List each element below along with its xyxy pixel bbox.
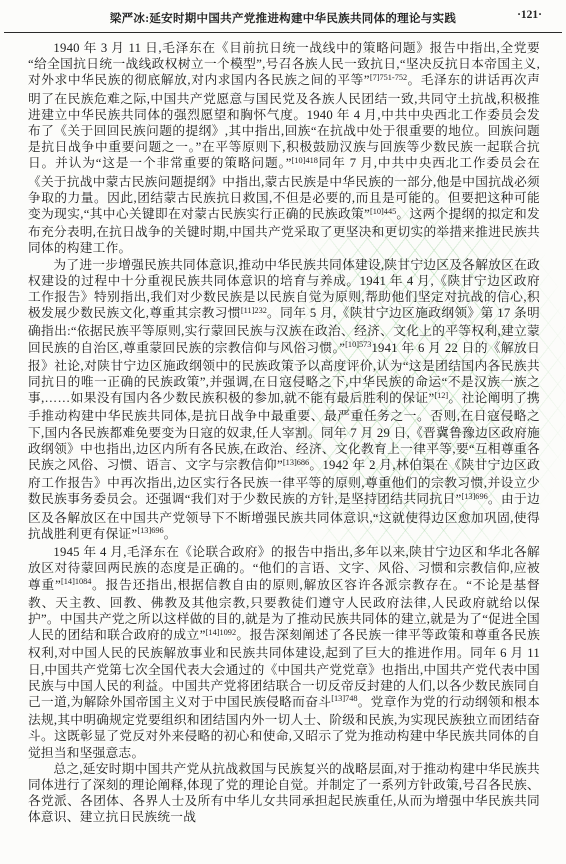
paragraph-text: 总之,延安时期中国共产党从抗战救国与民族复兴的战略层面,对于推动构建中华民族共同… xyxy=(28,762,540,825)
citation-ref: [13]748 xyxy=(331,694,357,703)
running-title: 梁严冰:延安时期中国共产党推进构建中华民族共同体的理论与实践 xyxy=(110,13,456,25)
citation-ref: [14]1092 xyxy=(206,628,236,637)
paragraph: 1945 年 4 月,毛泽东在《论联合政府》的报告中指出,多年以来,陕甘宁边区和… xyxy=(28,544,540,761)
citation-ref: [12] xyxy=(434,391,448,400)
citation-ref: [14]1084 xyxy=(61,577,91,586)
citation-ref: [13]686 xyxy=(283,458,309,467)
paragraph: 总之,延安时期中国共产党从抗战救国与民族复兴的战略层面,对于推动构建中华民族共同… xyxy=(28,761,540,826)
journal-page: 梁严冰:延安时期中国共产党推进构建中华民族共同体的理论与实践 ·121· 194… xyxy=(0,0,566,864)
citation-ref: [10]573 xyxy=(345,340,371,349)
paragraph: 为了进一步增强民族共同体意识,推动中华民族共同体建设,陕甘宁边区及各解放区在政权… xyxy=(28,257,540,544)
citation-ref: [7]751-752 xyxy=(370,73,407,82)
paragraph: 1940 年 3 月 11 日,毛泽东在《目前抗日统一战线中的策略问题》报告中指… xyxy=(28,40,540,257)
page-number: ·121· xyxy=(517,9,542,21)
citation-ref: [13]696 xyxy=(461,492,487,501)
citation-ref: [10]418 xyxy=(292,156,318,165)
article-body: 1940 年 3 月 11 日,毛泽东在《目前抗日统一战线中的策略问题》报告中指… xyxy=(0,33,566,826)
citation-ref: [10]445 xyxy=(370,207,396,216)
paragraph-text: 。 xyxy=(164,527,177,541)
citation-ref: [13]696 xyxy=(137,526,163,535)
running-header: 梁严冰:延安时期中国共产党推进构建中华民族共同体的理论与实践 ·121· xyxy=(0,0,566,27)
citation-ref: [11]232 xyxy=(241,306,267,315)
